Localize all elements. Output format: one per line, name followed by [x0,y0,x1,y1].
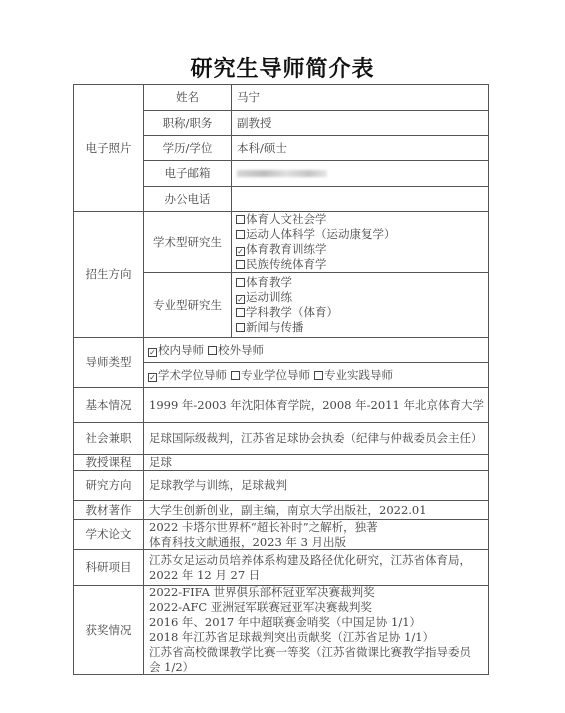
row-label: 社会兼职 [86,431,132,446]
info-label: 职称/职务 [163,116,213,131]
option-label: 体育人文社会学 [246,212,327,226]
option-label: 民族传统体育学 [246,257,327,271]
option-label: 新闻与传播 [246,320,304,334]
background-row-value-cell: 1999 年-2003 年沈阳体育学院，2008 年-2011 年北京体育大学 [143,387,489,423]
academic-options: 体育人文社会学运动人体科学（运动康复学）✓体育教育训练学民族传统体育学 [231,211,489,273]
academic-label-cell: 学术型研究生 [143,211,232,273]
projects-row-value-cell: 江苏女足运动员培养体系构建及路径优化研究，江苏省体育局，2022 年 12 月 … [143,549,489,586]
checkbox-unchecked-icon[interactable] [236,323,245,332]
info-value-cell: 马宁 [231,84,489,111]
option-item[interactable]: 体育人文社会学 [236,212,488,227]
option-label: 专业学位导师 [241,368,310,382]
supervisor-type-label-cell: 导师类型 [73,337,144,388]
info-label: 电子邮箱 [165,166,211,181]
row-value-line: 2022-AFC 亚洲冠军联赛冠亚军决赛裁判奖 [149,600,488,615]
info-label: 办公电话 [165,192,211,207]
checkbox-checked-icon[interactable]: ✓ [236,247,245,256]
enrollment-label-cell: 招生方向 [73,211,144,338]
row-label: 教授课程 [86,455,132,470]
checkbox-unchecked-icon[interactable] [208,346,217,355]
awards-row-label-cell: 获奖情况 [73,585,144,675]
row-value-line: 足球教学与训练，足球裁判 [149,478,488,493]
info-label-cell: 姓名 [143,84,232,111]
row-value-line: 2018 年江苏省足球裁判突出贡献奖（江苏省足协 1/1） [149,630,488,645]
info-label-cell: 电子邮箱 [143,160,232,187]
info-value: 本科/硕士 [237,141,488,156]
research-row-label-cell: 研究方向 [73,470,144,501]
option-label: 运动人体科学（运动康复学） [246,227,396,241]
info-value-cell [231,186,489,212]
row-value-line: 会 1/2） [149,660,488,675]
checkbox-checked-icon[interactable]: ✓ [236,295,245,304]
textbooks-row-label-cell: 教材著作 [73,500,144,520]
option-item[interactable]: 体育教学 [236,275,488,290]
courses-row-label-cell: 教授课程 [73,454,144,471]
row-value-line: 体育科技文献通报，2023 年 3 月出版 [149,535,488,550]
option-label: 校外导师 [218,343,264,357]
option-item[interactable]: 新闻与传播 [236,320,488,335]
info-label-cell: 办公电话 [143,186,232,212]
supervisor-type-option[interactable]: 校外导师 [208,343,264,358]
supervisor-type-row2: ✓学术学位导师专业学位导师专业实践导师 [143,362,489,388]
option-label: 专业实践导师 [324,368,393,382]
photo-cell: 电子照片 [73,84,144,212]
checkbox-unchecked-icon[interactable] [236,278,245,287]
option-item[interactable]: ✓运动训练 [236,290,488,305]
checkbox-checked-icon[interactable]: ✓ [148,373,157,382]
papers-row-value-cell: 2022 卡塔尔世界杯“超长补时”之解析，独著体育科技文献通报，2023 年 3… [143,519,489,550]
row-value-line: 2022 年 12 月 27 日 [149,568,488,583]
textbooks-row-value-cell: 大学生创新创业，副主编，南京大学出版社，2022.01 [143,500,489,520]
checkbox-unchecked-icon[interactable] [236,260,245,269]
row-value-line: 2016 年、2017 年中超联赛金哨奖（中国足协 1/1） [149,615,488,630]
row-label: 科研项目 [86,560,132,575]
row-value-line: 2022-FIFA 世界俱乐部杯冠亚军决赛裁判奖 [149,585,488,600]
option-item[interactable]: 运动人体科学（运动康复学） [236,227,488,242]
social-row-value-cell: 足球国际级裁判，江苏省足球协会执委（纪律与仲裁委员会主任） [143,422,489,455]
option-label: 体育教学 [246,275,292,289]
checkbox-unchecked-icon[interactable] [236,230,245,239]
projects-row-label-cell: 科研项目 [73,549,144,586]
courses-row-value-cell: 足球 [143,454,489,471]
checkbox-unchecked-icon[interactable] [231,371,240,380]
option-label: 学科教学（体育） [246,305,338,319]
info-value-cell [231,160,489,187]
papers-row-label-cell: 学术论文 [73,519,144,550]
info-label: 学历/学位 [163,141,213,156]
row-label: 获奖情况 [86,623,132,638]
info-label-cell: 职称/职务 [143,110,232,136]
row-label: 研究方向 [86,478,132,493]
checkbox-unchecked-icon[interactable] [236,215,245,224]
professional-label-cell: 专业型研究生 [143,272,232,338]
option-item[interactable]: ✓体育教育训练学 [236,242,488,257]
supervisor-type-row1: ✓校内导师校外导师 [143,337,489,363]
supervisor-type-option[interactable]: ✓学术学位导师 [148,368,227,383]
row-label: 基本情况 [86,398,132,413]
checkbox-unchecked-icon[interactable] [314,371,323,380]
supervisor-type-option[interactable]: 专业学位导师 [231,368,310,383]
checkbox-checked-icon[interactable]: ✓ [148,348,157,357]
photo-label: 电子照片 [86,141,132,156]
option-item[interactable]: 民族传统体育学 [236,257,488,272]
row-value-line: 足球国际级裁判，江苏省足球协会执委（纪律与仲裁委员会主任） [149,431,488,446]
option-label: 体育教育训练学 [246,242,327,256]
supervisor-type-option[interactable]: ✓校内导师 [148,343,204,358]
option-label: 运动训练 [246,290,292,304]
supervisor-type-option[interactable]: 专业实践导师 [314,368,393,383]
row-label: 教材著作 [86,503,132,518]
social-row-label-cell: 社会兼职 [73,422,144,455]
background-row-label-cell: 基本情况 [73,387,144,423]
info-value: 副教授 [237,116,488,131]
professional-options: 体育教学✓运动训练学科教学（体育）新闻与传播 [231,272,489,338]
option-item[interactable]: 学科教学（体育） [236,305,488,320]
redacted-email [237,170,327,177]
row-value-line: 江苏女足运动员培养体系构建及路径优化研究，江苏省体育局， [149,553,488,568]
option-label: 学术学位导师 [158,368,227,382]
info-value-cell: 本科/硕士 [231,135,489,161]
info-label-cell: 学历/学位 [143,135,232,161]
info-value: 马宁 [237,90,488,105]
info-value-cell: 副教授 [231,110,489,136]
row-value-line: 足球 [149,455,488,470]
row-value-line: 大学生创新创业，副主编，南京大学出版社，2022.01 [149,503,488,518]
row-label: 学术论文 [86,527,132,542]
row-value-line: 江苏省高校微课教学比赛一等奖（江苏省微课比赛教学指导委员 [149,645,488,660]
page-title: 研究生导师简介表 [0,52,565,83]
info-label: 姓名 [176,90,199,105]
awards-row-value-cell: 2022-FIFA 世界俱乐部杯冠亚军决赛裁判奖2022-AFC 亚洲冠军联赛冠… [143,585,489,675]
option-label: 校内导师 [158,343,204,357]
research-row-value-cell: 足球教学与训练，足球裁判 [143,470,489,501]
row-value-line: 2022 卡塔尔世界杯“超长补时”之解析，独著 [149,520,488,535]
row-value-line: 1999 年-2003 年沈阳体育学院，2008 年-2011 年北京体育大学 [149,398,488,413]
checkbox-unchecked-icon[interactable] [236,308,245,317]
